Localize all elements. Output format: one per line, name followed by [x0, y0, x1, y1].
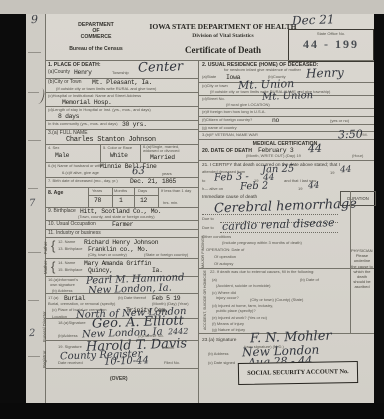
sliver-line: [28, 300, 39, 301]
industry-label: 11. Industry or business: [48, 231, 101, 237]
father-brace: {: [51, 238, 55, 253]
last-seen-value: Feb 2: [240, 181, 269, 193]
rule: [46, 293, 198, 294]
county-label: (a)County: [48, 70, 70, 76]
residence-section-note: for newborn infant give residence of mot…: [224, 68, 301, 72]
place-of-death-section: 1. PLACE OF DEATH:: [48, 62, 101, 68]
father-birthplace-label: 13. Birthplace: [58, 247, 82, 251]
fullname-value: Charles Stanton Johnson: [66, 136, 156, 144]
scanned-death-certificate: 9 7 2 DEPARTMENT OF COMMERCE Bureau of t…: [0, 0, 384, 419]
township-label: Township: [112, 71, 129, 75]
birthplace-note-state: (State or foreign country): [144, 253, 188, 257]
father-name-label: 12. Name: [58, 240, 75, 244]
mother-birthplace-value: Quincy,: [88, 267, 113, 274]
external-f-label: (f) Means of injury: [212, 322, 244, 326]
rule: [88, 195, 158, 196]
community-value: 30 yrs.: [122, 121, 147, 128]
year-handwritten: 44: [340, 165, 352, 175]
country-label: (g) name of country: [202, 126, 237, 130]
major-findings-side-label: MAJOR FINDINGS: [201, 236, 205, 269]
due-to-label: Due to: [202, 217, 214, 221]
sex-value: Male: [55, 152, 69, 159]
dept-line: COMMERCE: [50, 34, 142, 40]
marital-value: Married: [150, 154, 175, 161]
over-note: (OVER): [110, 377, 128, 383]
father-name-value: Richard Henry Johnson: [84, 239, 158, 246]
external-g-label: (g) Nature of injury: [212, 328, 245, 332]
attended-to-label: to: [202, 179, 205, 183]
age-months-value: 1: [119, 197, 123, 204]
birthplace-label: 9. Birthplace: [48, 209, 76, 215]
department-block: DEPARTMENT OF COMMERCE: [50, 22, 142, 40]
external-b-label: (b) Date of: [300, 278, 319, 282]
registrar-side-label: Registrar: [42, 351, 47, 368]
spouse-label: 6.(b) Name of husband or wife: [48, 164, 102, 168]
sliver-line: [28, 356, 40, 357]
rule: [46, 368, 198, 369]
rule: [46, 237, 198, 238]
county-value: Henry: [74, 69, 92, 76]
state-office-label: State Office No.: [289, 32, 373, 36]
occupation-value: Farmer: [112, 221, 133, 228]
rule: [140, 144, 141, 162]
year-print: 19: [330, 171, 334, 175]
father-side-label: Father: [43, 242, 48, 254]
months-col-label: Months: [114, 189, 127, 193]
mother-name-value: Mary Amanda Griffin: [84, 260, 151, 267]
birthdate-value: Dec. 21, 1865: [130, 178, 176, 185]
less-than-day-label: If less than 1 day: [161, 189, 197, 193]
street-note: (If rural give LOCATION): [226, 103, 270, 107]
margin-mark: 2: [29, 328, 36, 339]
handwritten-date-note: Dec 21: [292, 12, 335, 27]
state-office-number-stamp: 44 - 199: [289, 37, 373, 52]
rule: [198, 160, 374, 161]
state-title: IOWA STATE DEPARTMENT OF HEALTH: [140, 22, 306, 31]
registrar-signature-label: 19. Signature: [58, 345, 82, 349]
race-value: White: [110, 152, 128, 159]
date-of-death-label: 20. DATE OF DEATH: [202, 148, 252, 154]
rule: [45, 14, 46, 403]
informant-label2: own signature: [50, 283, 75, 287]
margin-mark: 7: [29, 198, 36, 209]
mother-brace: {: [51, 259, 55, 274]
spouse-age-unit: years: [162, 172, 172, 176]
citizen-label: (f)Citizen of foreign country?: [202, 118, 252, 122]
rule: [134, 187, 135, 207]
filed-no-label: Filed No.: [164, 361, 180, 365]
rule: [198, 60, 199, 403]
street-label: (d)Street No.: [202, 97, 225, 101]
race-label: 5. Color or Race: [103, 146, 132, 150]
state-office-box: State Office No. 44 - 199: [288, 29, 374, 62]
burial-number: 17.(a): [48, 296, 58, 300]
less-than-day-units: hrs. min.: [163, 201, 178, 205]
of-operation-label: Of operation: [214, 255, 236, 259]
of-autopsy-label: Of autopsy: [214, 262, 233, 266]
marital-label: widowed or divorced: [143, 149, 179, 153]
rule: [112, 187, 113, 207]
external-d-label2: public place (specify)?: [216, 309, 256, 313]
margin-mark: 9: [31, 13, 38, 26]
physician-margin-note: PHYSICIAN: Please underline the cause to…: [351, 248, 373, 332]
ssn-box: SOCIAL SECURITY ACCOUNT No.: [238, 361, 358, 385]
due-to-label: Due to: [202, 226, 214, 230]
spouse-age-label: 6.(c)If alive, give age: [62, 171, 99, 175]
age-years-value: 78: [94, 197, 101, 204]
sliver-line: [28, 188, 38, 189]
year-print: 19: [298, 187, 302, 191]
days-col-label: Days: [138, 189, 147, 193]
burial-method-note: Burial, cremation, or removal (specify): [48, 302, 115, 306]
funeral-signature-label: 18.(a)Signature: [58, 321, 86, 325]
residence-city-label: (c)City or town: [202, 84, 228, 88]
city-label: (b)City or Town: [48, 80, 82, 86]
hour-ampm: P.M.: [360, 133, 368, 137]
rule: [202, 214, 338, 215]
physician-address-label: (b) Address: [208, 352, 228, 356]
rule: [88, 187, 89, 207]
foreign-born-label: (e)If foreign born how long in U.S.A.: [202, 110, 266, 114]
hospital-value: Memorial Hosp.: [62, 99, 112, 106]
pregnancy-note: (Include pregnancy within 3 months of de…: [222, 241, 302, 245]
stay-value: 8 days: [58, 113, 79, 120]
stay-label: (d)Length of stay in Hospital or Inst. (…: [48, 108, 151, 112]
date-of-death-note: (Month, WRITE OUT) (Day) 19: [246, 154, 301, 158]
veteran-label: 3.(b)IF VETERAN, NAME WAR: [202, 133, 258, 137]
year-handwritten: 44: [308, 181, 320, 191]
external-a-label: (a): [212, 278, 217, 282]
sliver-line: [28, 252, 41, 253]
date-of-death-year: 44: [308, 142, 322, 155]
rule: [158, 187, 159, 207]
birthdate-label: 7. Birth date of deceased (mo., day, yr.…: [48, 179, 118, 183]
years-col-label: Years: [92, 189, 102, 193]
community-label: In this community (yrs., mos. and days): [48, 122, 118, 126]
residence-state-label: (a)State: [202, 75, 216, 79]
rule: [100, 144, 101, 162]
funeral-address-label: (b)Address: [58, 334, 78, 338]
citizen-note: (yes or no): [330, 119, 349, 123]
scan-bottom-band: [0, 403, 384, 419]
birthplace-note: (Town, county, and state or foreign coun…: [78, 215, 155, 219]
external-c-note: (City or town) (County) (State): [250, 298, 303, 302]
registrar-district-label: District: [162, 346, 174, 350]
external-e-label: (e) Injured at work? (Yes or no): [212, 316, 267, 320]
rule: [46, 258, 198, 259]
external-a-note: (Accident, suicide or homicide): [216, 284, 270, 288]
residence-county-value: Henry: [306, 65, 344, 80]
mother-side-label: Mother: [43, 261, 48, 274]
external-c-label2: injury occur?: [216, 296, 239, 300]
spouse-value: Minnie Bell Fine: [100, 163, 157, 170]
rule: [220, 232, 338, 233]
age-label: 8. Age: [48, 190, 63, 196]
alive-on-label: h— alive on: [202, 187, 223, 191]
spouse-age-value: 63: [132, 166, 145, 177]
certificate-title: Certificate of Death: [140, 45, 306, 55]
burial-date-label: (b) Date thereof: [118, 296, 146, 300]
funeral-director-side-label: Funeral Director: [42, 311, 47, 342]
age-days-value: 12: [140, 197, 147, 204]
other-conditions-label: Other conditions: [202, 235, 231, 239]
street-value: Mt. Union: [262, 90, 314, 103]
hospital-label: (c)Hospital or Institutional: Name and S…: [48, 94, 141, 98]
ssn-label: SOCIAL SECURITY ACCOUNT No.: [239, 368, 357, 377]
township-value: Center: [138, 59, 184, 76]
city-value: Mt. Pleasant, Ia.: [92, 79, 152, 86]
date-received-label: Date received: [58, 361, 83, 365]
date-signed-label: (c) Date signed: [208, 361, 235, 365]
sliver-line: [28, 52, 41, 53]
birthplace-note-city: (City, town or country): [88, 253, 127, 257]
physician-signature-label: 23.(a) Signature: [202, 338, 236, 343]
hour-note: (Hour): [352, 154, 363, 158]
division-subtitle: Division of Vital Statistics: [140, 33, 306, 39]
sliver-line: [28, 140, 41, 141]
external-causes-heading: 22. If death was due to external causes,…: [210, 270, 314, 274]
sex-label: 4. Sex: [48, 146, 59, 150]
operation-label: OPERATION: Date of: [206, 248, 244, 252]
mother-birthplace-label: 15. Birthplace: [58, 268, 82, 272]
mother-name-label: 14. Name: [58, 261, 75, 265]
citizen-value: no: [272, 117, 279, 124]
funeral-license-value: 2442: [168, 327, 189, 337]
bureau-line: Bureau of the Census: [50, 46, 142, 52]
external-side-label: ACCIDENT, SUICIDE OR HOMICIDE: [203, 270, 207, 330]
occupation-label: 10. Usual Occupation: [48, 222, 96, 228]
date-received-value: 10-10-44: [104, 355, 149, 368]
rule: [45, 60, 374, 61]
city-note: (If outside city or town limits write RU…: [56, 87, 156, 91]
